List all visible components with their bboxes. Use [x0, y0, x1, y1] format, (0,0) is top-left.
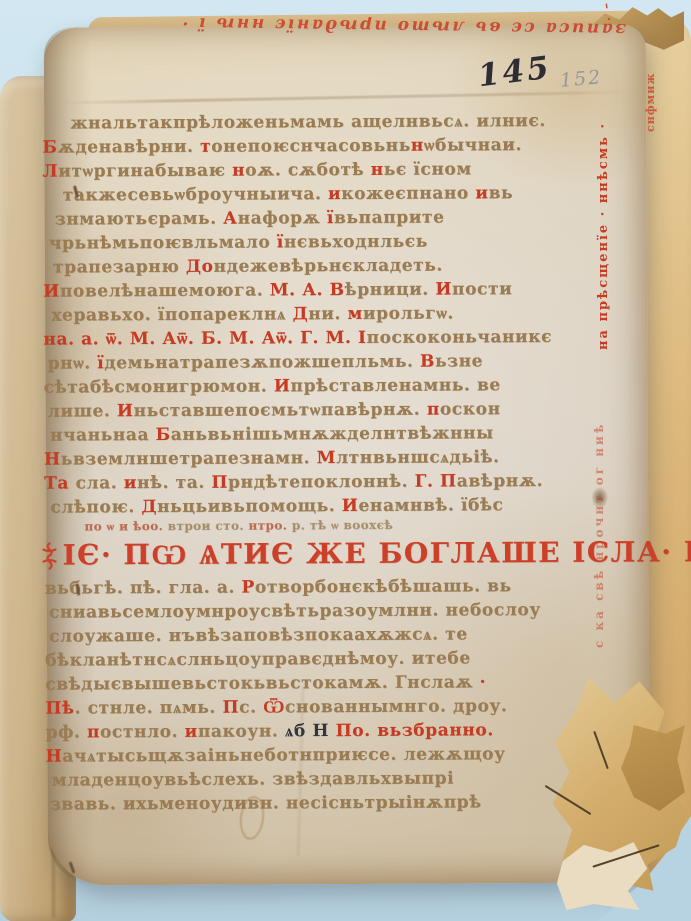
- margin-note-right-upper: на прѣсщенїе · ннѣсмь ·: [596, 92, 611, 350]
- text-line: сѣтабѣсмонигрюмон. Ипрѣставленамнь. ве: [44, 373, 602, 400]
- margin-note-fore-edge: снфмиж: [644, 46, 657, 132]
- text-line: Та сла. инѣ. та. Прндѣтепоклоннѣ. Г. Пав…: [44, 469, 602, 496]
- rubric-heading: ІЄ· ПѠ ѦТИЄ ЖЕ БОГЛАШЕ ІСЛА· Н: [62, 535, 602, 574]
- text-line: Бѫденавѣрни. тонепоѥснчасовьньнѡбычнаи.: [42, 133, 600, 160]
- text-line: Пѣ. стнле. пѧмь. Пс. Ѿснованнымнго. дроу…: [45, 694, 603, 721]
- text-line: рнѡ. їдемьнатрапезѫпожшепльмь. Вьзне: [43, 349, 601, 376]
- text-lines-upper: жнальтакпрѣложеньмамь ащелнвьсѧ. илниє.Б…: [42, 109, 602, 520]
- text-line: Ньвземлншетрапезнамн. Млтнвьншсѧдьіѣ.: [44, 445, 602, 472]
- flourish-icon: [38, 542, 60, 581]
- text-line: нчаньнаа Баньвьнішьмнѫжделнтвѣжнны: [44, 421, 602, 448]
- text-line: такжесевьѡброучныича. икожеєпнано ивь: [43, 181, 601, 208]
- text-line: вьбьгѣ. пѣ. гла. а. Ротворбонєкѣбѣшашь. …: [45, 574, 603, 601]
- text-line: знмаютьєрамь. Анафорѫ ївьпаприте: [43, 205, 601, 232]
- text-line: Начѧтысьщѫзаіньнеботнприѥсе. лежѫщоу: [46, 742, 604, 769]
- margin-note-right-lower: с ка свѣ нрочнт ог ниѣ: [592, 356, 606, 648]
- text-line: трапезарню Дондежевѣрьнєкладеть.: [43, 253, 601, 280]
- text-line: на. а. ѿ. М. Аѿ. Б. М. Аѿ. Г. М. Іпоскок…: [43, 325, 601, 352]
- margin-marks-top: – ·: [600, 2, 616, 24]
- text-line: рф. постнло. ипакоун. ѧб Н По. вьзбранно…: [45, 718, 603, 745]
- text-line: по ѡ и ѣоо. втрои сто. нтро. р. тѣ ѡ воо…: [44, 517, 602, 535]
- text-line: жнальтакпрѣложеньмамь ащелнвьсѧ. илниє.: [42, 109, 600, 136]
- folio-number-pencil: 152: [559, 66, 603, 92]
- text-line: звавь. ихьменоудивн. несісньтрыінѫпрѣ: [46, 790, 604, 817]
- text-line: слѣпоѥ. Дньцьивьпомощь. Иенамнвѣ. їбѣс: [44, 493, 602, 520]
- text-line: лише. Иньставшепоємьтѡпавѣрнѫ. поскон: [44, 397, 602, 424]
- text-line: свѣдыєвышевьстокьвьстокамѫ. Гнслаѫ ·: [45, 670, 603, 697]
- text-block: жнальтакпрѣложеньмамь ащелнвьсѧ. илниє.Б…: [42, 109, 604, 817]
- manuscript-photo: жнальтакпрѣложеньмамь ащелнвьсѧ. илниє.Б…: [0, 0, 691, 921]
- text-line: Иповелѣнашемоюга. М. А. Вѣрници. Ипости: [43, 277, 601, 304]
- text-line: слоужаше. нъвѣзаповѣзпокаахѫжсѧ. те: [45, 622, 603, 649]
- text-line: бѣкланѣтнсѧслньцоуправєднѣмоу. итебе: [45, 646, 603, 673]
- interlinear-note: по ѡ и ѣоо. втрои сто. нтро. р. тѣ ѡ воо…: [44, 517, 602, 535]
- text-line: младенцоувьѣслехь. звѣздавльхвыпрі: [46, 766, 604, 793]
- text-lines-lower: вьбьгѣ. пѣ. гла. а. Ротворбонєкѣбѣшашь. …: [45, 574, 604, 817]
- text-line: Литѡргинабываѥ ноѫ. сѫботѣ ньє їсном: [42, 157, 600, 184]
- crease-line: [58, 90, 633, 104]
- text-line: сниавьсемлоумнроусвѣтьразоумлнн. небосло…: [45, 598, 603, 625]
- text-line: херавьхо. їпопареклнѧ Дни. мирольгѡ.: [43, 301, 601, 328]
- text-line: чрьнѣмьпоѥвльмало їнєвьходнльєь: [43, 229, 601, 256]
- torn-corner: [541, 661, 691, 921]
